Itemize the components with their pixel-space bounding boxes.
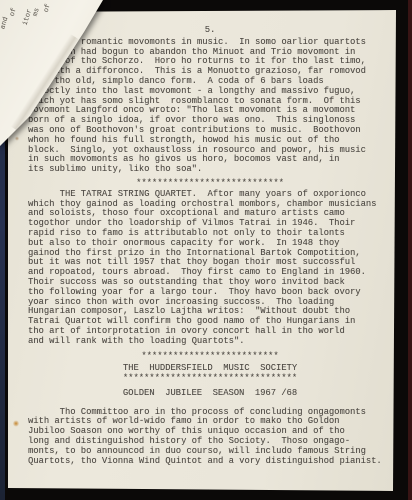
paper-stain xyxy=(13,420,19,427)
asterisk-separator-3: ********************************* xyxy=(28,374,392,384)
folded-page-corner: and of itor ms of xyxy=(0,0,130,170)
asterisk-separator-1: **************************** xyxy=(28,179,392,189)
folded-paper-surface: and of itor ms of xyxy=(0,0,130,170)
season-heading: GOLDEN JUBILEE SEASON 1967 /68 xyxy=(28,389,392,399)
fold-crease-shadow xyxy=(4,30,86,136)
fold-text-fragment: of xyxy=(44,3,53,13)
fold-text-fragment: and xyxy=(0,16,10,30)
red-book-edge xyxy=(408,0,412,500)
asterisk-separator-2: ************************** xyxy=(28,352,392,362)
fold-text-fragment: of xyxy=(10,7,19,17)
paragraph-tatrai-quartet: THE TATRAI STRING QUARTET. Aftor many yo… xyxy=(28,190,392,347)
paragraph-jubilee-season: Tho Committoo aro in tho procoss of conc… xyxy=(28,408,392,467)
photo-background: 5. tho first romantic movomonts in music… xyxy=(0,0,412,500)
fold-text-fragment: ms xyxy=(33,7,42,17)
